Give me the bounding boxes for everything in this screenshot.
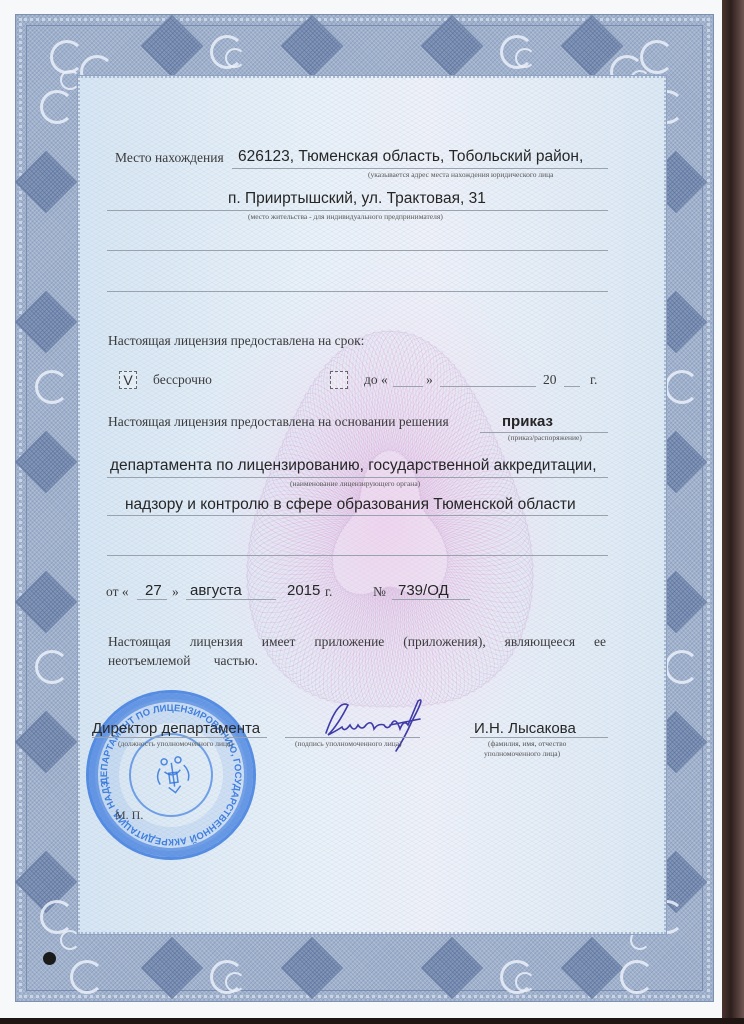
- order-year-suffix: г.: [325, 584, 332, 600]
- basis-label: Настоящая лицензия предоставлена на осно…: [108, 414, 449, 430]
- position-rule: [92, 737, 267, 738]
- authority-rule-1: [107, 477, 608, 478]
- order-number-sign: №: [373, 584, 386, 600]
- border-scroll-ornament: [40, 900, 74, 934]
- signatory-position: Директор департамента: [92, 720, 260, 737]
- order-number-rule: [392, 599, 470, 600]
- border-scroll-ornament: [515, 48, 535, 68]
- blank-rule-1: [107, 250, 608, 251]
- order-year: 2015: [287, 582, 320, 599]
- signature-hint: (подпись уполномоченного лица): [295, 739, 402, 748]
- border-scroll-ornament: [60, 930, 80, 950]
- until-suffix: »: [426, 372, 433, 388]
- appendix-word: лицензия: [190, 634, 243, 650]
- term-label: Настоящая лицензия предоставлена на срок…: [108, 333, 364, 349]
- until-month-rule: [440, 386, 536, 387]
- order-day-suffix: »: [172, 584, 179, 600]
- signature-rule: [285, 737, 420, 738]
- border-scroll-ornament: [640, 40, 674, 74]
- appendix-word: ее: [594, 634, 606, 650]
- authority-hint: (наименование лицензирующего органа): [290, 479, 420, 488]
- indefinite-label: бессрочно: [153, 372, 212, 388]
- appendix-word: приложение: [314, 634, 384, 650]
- decision-type-hint: (приказ/распоряжение): [508, 433, 582, 442]
- until-year-rule: [564, 386, 580, 387]
- appendix-line-1: Настоящаялицензияимеетприложение(приложе…: [108, 634, 606, 650]
- border-scroll-ornament: [665, 370, 699, 404]
- scanner-backdrop-bottom: [0, 1018, 744, 1024]
- appendix-word: неотъемлемой: [108, 653, 190, 669]
- order-day-rule: [137, 599, 167, 600]
- address-rule-1: [232, 168, 608, 169]
- border-scroll-ornament: [620, 960, 654, 994]
- until-date-checkbox[interactable]: [330, 371, 348, 389]
- border-scroll-ornament: [35, 370, 69, 404]
- appendix-line-2: неотъемлемойчастью.: [108, 653, 258, 669]
- svg-text:ДЕПАРТАМЕНТ ПО ЛИЦЕНЗИРОВАНИЮ,: ДЕПАРТАМЕНТ ПО ЛИЦЕНЗИРОВАНИЮ, ГОСУДАРСТ…: [78, 682, 252, 858]
- border-scroll-ornament: [225, 48, 245, 68]
- border-scroll-ornament: [665, 650, 699, 684]
- address-hint-1: (указывается адрес места нахождения юрид…: [368, 170, 554, 179]
- border-scroll-ornament: [40, 90, 74, 124]
- border-scroll-ornament: [60, 70, 80, 90]
- border-scroll-ornament: [70, 960, 104, 994]
- blank-rule-2: [107, 291, 608, 292]
- border-scroll-ornament: [225, 972, 245, 992]
- position-hint: (должность уполномоченного лица): [118, 739, 233, 748]
- order-month-rule: [186, 599, 276, 600]
- name-hint-1: (фамилия, имя, отчество: [488, 739, 566, 748]
- appendix-word: являющееся: [505, 634, 575, 650]
- appendix-word: Настоящая: [108, 634, 171, 650]
- punch-hole: [43, 952, 56, 965]
- address-line-1: 626123, Тюменская область, Тобольский ра…: [238, 148, 583, 166]
- order-day: 27: [145, 582, 162, 599]
- appendix-word: частью.: [214, 653, 258, 669]
- address-hint-2: (место жительства - для индивидуального …: [248, 212, 443, 221]
- border-scroll-ornament: [50, 40, 84, 74]
- appendix-word: имеет: [262, 634, 296, 650]
- authority-line-1: департамента по лицензированию, государс…: [110, 457, 597, 475]
- border-scroll-ornament: [35, 650, 69, 684]
- seal-text-ring: ДЕПАРТАМЕНТ ПО ЛИЦЕНЗИРОВАНИЮ, ГОСУДАРСТ…: [78, 682, 263, 867]
- authority-rule-2: [107, 515, 608, 516]
- official-seal: ДЕПАРТАМЕНТ ПО ЛИЦЕНЗИРОВАНИЮ, ГОСУДАРСТ…: [75, 679, 267, 871]
- until-prefix: до «: [364, 372, 388, 388]
- indefinite-checkbox[interactable]: V: [119, 371, 137, 389]
- authority-rule-3: [107, 555, 608, 556]
- address-rule-2: [107, 210, 608, 211]
- name-rule: [470, 737, 608, 738]
- order-number: 739/ОД: [398, 582, 449, 599]
- name-hint-2: уполномоченного лица): [484, 749, 560, 758]
- order-from-prefix: от «: [106, 584, 129, 600]
- year-prefix: 20: [543, 372, 557, 388]
- scanner-backdrop-right: [722, 0, 744, 1024]
- address-line-2: п. Прииртышский, ул. Трактовая, 31: [228, 190, 486, 208]
- authority-line-2: надзору и контролю в сфере образования Т…: [125, 496, 576, 514]
- year-suffix: г.: [590, 372, 597, 388]
- signatory-name: И.Н. Лысакова: [474, 720, 576, 737]
- seal-place-mark: М. П.: [115, 808, 143, 823]
- decision-type: приказ: [502, 413, 553, 430]
- border-scroll-ornament: [515, 972, 535, 992]
- until-day-rule: [393, 386, 423, 387]
- address-label: Место нахождения: [115, 150, 224, 166]
- order-month: августа: [190, 582, 242, 599]
- appendix-word: (приложения),: [403, 634, 486, 650]
